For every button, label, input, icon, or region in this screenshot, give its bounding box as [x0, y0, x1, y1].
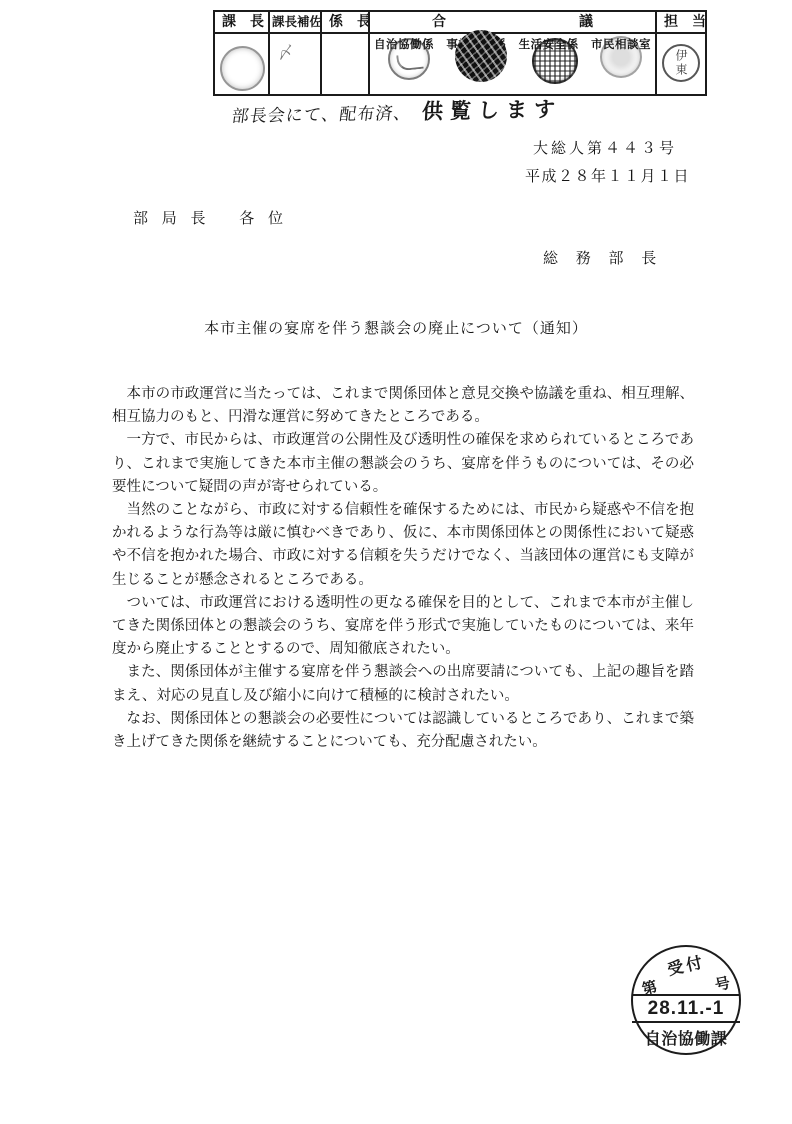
handwritten-note-main: 供覧します [421, 93, 563, 125]
section-chief-hanko-stamp [217, 43, 268, 94]
body-paragraph-3: 当然のことながら、市政に対する信頼性を確保するためには、市民から疑惑や不信を抱か… [112, 499, 694, 592]
consultation-header: 合 議 [370, 12, 655, 34]
sender: 総 務 部 長 [543, 247, 663, 268]
receipt-stamp-department: 自治協働課 [633, 1026, 739, 1049]
receipt-stamp-go: 号 [713, 972, 732, 996]
body-paragraph-2: 一方で、市民からは、市政運営の公開性及び透明性の確保を求められているところであり… [112, 429, 694, 499]
handwritten-note-prefix: 部長会にて、配布済、 [230, 99, 413, 127]
approval-col-unit-chief: 係 長 [322, 12, 370, 94]
unit-chief-header: 係 長 [322, 12, 368, 34]
shimin-section-hanko-stamp [600, 36, 642, 78]
body-paragraph-4: ついては、市政運営における透明性の更なる確保を目的として、これまで本市が主催して… [112, 592, 694, 662]
receipt-date-stamp: 受付 第 号 28.11.-1 自治協働課 [631, 945, 741, 1055]
document-title: 本市主催の宴席を伴う懇談会の廃止について（通知） [0, 317, 792, 338]
jigyo-section-hanko-stamp [455, 30, 507, 82]
section-chief-header: 課 長 [215, 12, 268, 34]
body-paragraph-6: なお、関係団体との懇談会の必要性については認識しているところであり、これまで築き… [112, 708, 694, 754]
seikatsu-section-hanko-stamp [532, 38, 578, 84]
handwritten-circulation-note: 部長会にて、配布済、 供覧します [232, 93, 562, 129]
approval-col-section-chief: 課 長 [215, 12, 270, 94]
staff-hanko-stamp: 伊東 [662, 44, 700, 82]
staff-header: 担 当 [657, 12, 705, 34]
approval-col-deputy-chief: 課長補佐 〆 [270, 12, 322, 94]
approval-col-staff: 担 当 伊東 [657, 12, 705, 94]
addressee: 部 局 長 各 位 [133, 207, 288, 228]
approval-stamp-table: 課 長 課長補佐 〆 係 長 合 議 自治協働係 事業管理係 生活安全係 市民相… [213, 10, 707, 96]
document-number: 大総人第４４３号 [533, 137, 677, 158]
scanned-document-page: 課 長 課長補佐 〆 係 長 合 議 自治協働係 事業管理係 生活安全係 市民相… [0, 0, 792, 1124]
approval-col-consultation: 合 議 自治協働係 事業管理係 生活安全係 市民相談室 [370, 12, 657, 94]
staff-hanko-name: 伊東 [675, 49, 687, 77]
receipt-stamp-date: 28.11.-1 [632, 994, 740, 1023]
document-body: 本市の市政運営に当たっては、これまで関係団体と意見交換や協議を重ね、相互理解、相… [112, 383, 694, 754]
body-paragraph-1: 本市の市政運営に当たっては、これまで関係団体と意見交換や協議を重ね、相互理解、相… [112, 383, 694, 429]
body-paragraph-5: また、関係団体が主催する宴席を伴う懇談会への出席要請についても、上記の趣旨を踏ま… [112, 661, 694, 707]
jichi-section-hanko-stamp [388, 38, 430, 80]
deputy-chief-handwritten-mark: 〆 [278, 40, 291, 64]
document-date: 平成２８年１１月１日 [525, 165, 690, 186]
deputy-chief-header: 課長補佐 [270, 12, 320, 34]
